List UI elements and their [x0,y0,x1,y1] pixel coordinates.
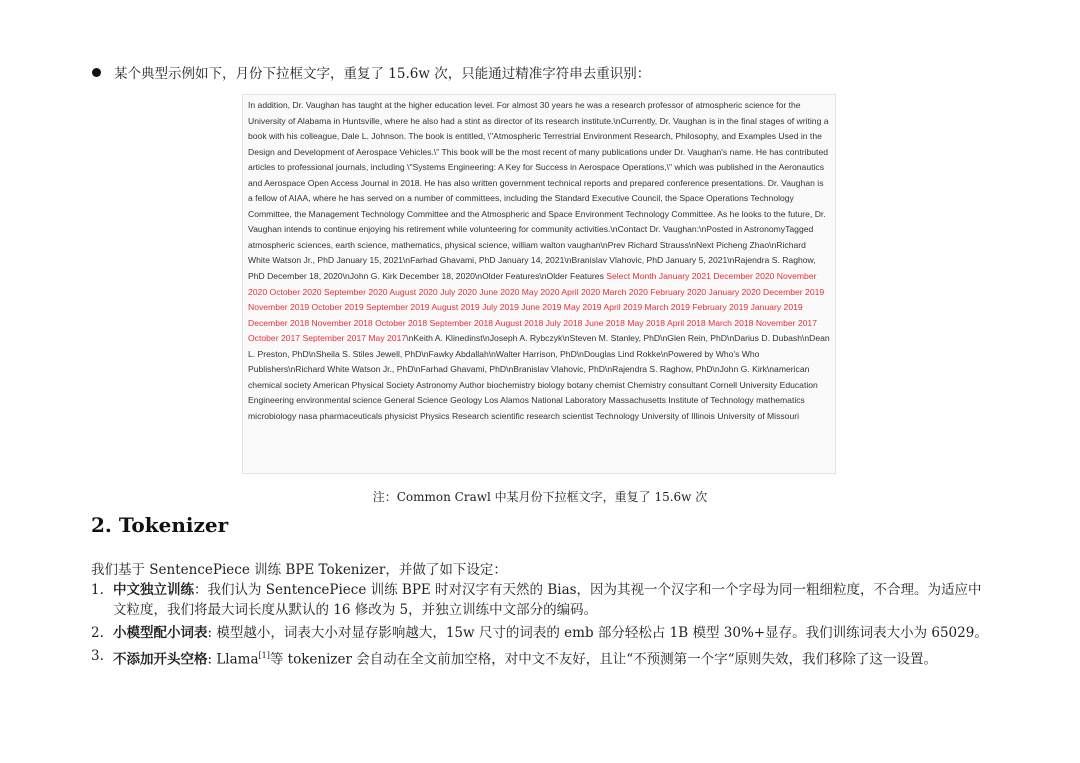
settings-list: 1. 中文独立训练：我们认为 SentencePiece 训练 BPE 时对汉字… [91,580,991,673]
list-item: 2. 小模型配小词表: 模型越小，词表大小对显存影响越大，15w 尺寸的词表的 … [91,623,991,643]
example-text-plain-tail: \nKeith A. Klinedinst\nJoseph A. Rybczyk… [248,333,830,421]
list-item: 3. 不添加开头空格: Llama[1]等 tokenizer 会自动在全文前加… [91,646,991,670]
list-number: 2. [91,623,113,643]
bullet-text: 某个典型示例如下，月份下拉框文字，重复了 15.6w 次，只能通过精准字符串去重… [114,62,650,82]
example-text-box: In addition, Dr. Vaughan has taught at t… [242,94,836,474]
list-body: 小模型配小词表: 模型越小，词表大小对显存影响越大，15w 尺寸的词表的 emb… [113,623,991,643]
list-number: 1. [91,580,113,620]
list-item-text-prefix: : Llama [208,652,259,668]
list-item-title: 中文独立训练 [113,582,194,598]
list-body: 中文独立训练：我们认为 SentencePiece 训练 BPE 时对汉字有天然… [113,580,991,620]
list-item: 1. 中文独立训练：我们认为 SentencePiece 训练 BPE 时对汉字… [91,580,991,620]
list-item-title: 小模型配小词表 [113,625,208,641]
section-intro: 我们基于 SentencePiece 训练 BPE Tokenizer，并做了如… [91,558,507,578]
example-text-plain: In addition, Dr. Vaughan has taught at t… [248,100,829,281]
bullet-paragraph: 某个典型示例如下，月份下拉框文字，重复了 15.6w 次，只能通过精准字符串去重… [92,62,650,82]
list-number: 3. [91,646,113,670]
list-item-text: 等 tokenizer 会自动在全文前加空格，对中文不友好，且让“不预测第一个字… [270,652,937,668]
bullet-dot-icon [92,68,101,77]
list-item-text: ：我们认为 SentencePiece 训练 BPE 时对汉字有天然的 Bias… [113,582,982,618]
figure-caption: 注：Common Crawl 中某月份下拉框文字，重复了 15.6w 次 [0,488,1080,505]
list-item-title: 不添加开头空格 [113,652,208,668]
list-body: 不添加开头空格: Llama[1]等 tokenizer 会自动在全文前加空格，… [113,646,991,670]
section-heading: 2. Tokenizer [91,513,228,537]
list-item-text: : 模型越小，词表大小对显存影响越大，15w 尺寸的词表的 emb 部分轻松占 … [208,625,988,641]
citation-link[interactable]: [1] [259,651,270,660]
